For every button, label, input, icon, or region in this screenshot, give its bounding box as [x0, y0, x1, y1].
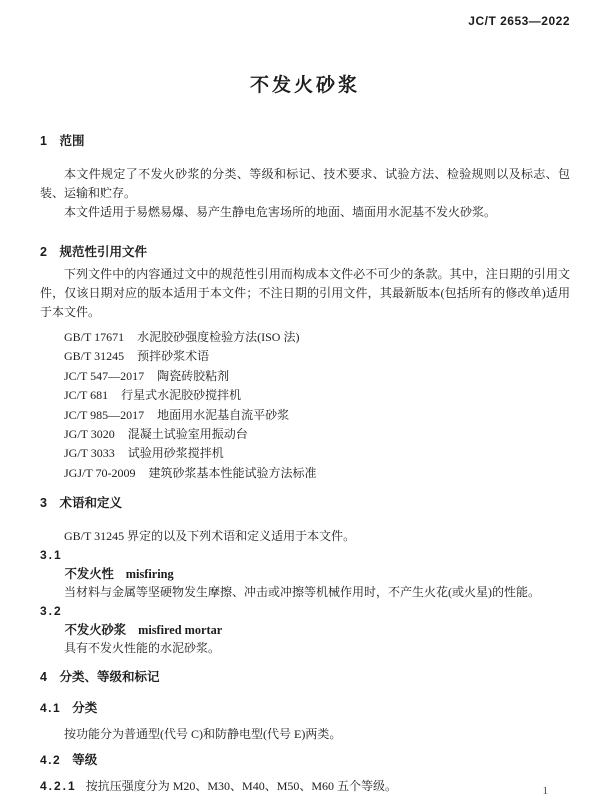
document-header: JC/T 2653—2022	[40, 13, 570, 29]
reference-code: GB/T 31245	[64, 349, 124, 363]
terms-intro: GB/T 31245 界定的以及下列术语和定义适用于本文件。	[40, 527, 570, 546]
section-4-heading: 4分类、等级和标记	[40, 669, 570, 686]
reference-title: 行星式水泥胶砂搅拌机	[121, 388, 241, 402]
clause-4-2-1-number: 4.2.1	[40, 779, 77, 793]
references-intro: 下列文件中的内容通过文中的规范性引用而构成本文件必不可少的条款。其中，注日期的引…	[40, 265, 570, 322]
reference-code: JC/T 985—2017	[64, 408, 144, 422]
term-clause-number: 3.1	[40, 546, 570, 565]
section-4-2-heading: 4.2等级	[40, 752, 570, 769]
clause-4-2-1: 4.2.1按抗压强度分为 M20、M30、M40、M50、M60 五个等级。	[40, 777, 570, 796]
section-3-heading: 3术语和定义	[40, 495, 570, 512]
term-en: misfired mortar	[138, 623, 222, 637]
section-1-number: 1	[40, 134, 48, 148]
reference-code: JC/T 681	[64, 388, 108, 402]
term-zh: 不发火砂浆	[65, 623, 127, 637]
term-entry: 3.1 不发火性misfiring 当材料与金属等坚硬物发生摩擦、冲击或冲擦等机…	[40, 546, 570, 602]
section-2-heading: 2规范性引用文件	[40, 244, 570, 261]
reference-title: 建筑砂浆基本性能试验方法标准	[148, 466, 316, 480]
reference-item: GB/T 31245预拌砂浆术语	[40, 347, 570, 366]
reference-title: 试验用砂浆搅拌机	[128, 446, 224, 460]
reference-item: JC/T 547—2017陶瓷砖胶粘剂	[40, 367, 570, 386]
reference-item: GB/T 17671水泥胶砂强度检验方法(ISO 法)	[40, 328, 570, 347]
reference-title: 混凝土试验室用振动台	[128, 427, 248, 441]
term-entry: 3.2 不发火砂浆misfired mortar 具有不发火性能的水泥砂浆。	[40, 602, 570, 658]
references-list: GB/T 17671水泥胶砂强度检验方法(ISO 法) GB/T 31245预拌…	[40, 328, 570, 483]
section-4-1-title: 分类	[72, 701, 97, 715]
doc-number: JC/T 2653—2022	[468, 14, 570, 28]
section-1-title: 范围	[59, 134, 84, 148]
reference-code: JG/T 3033	[64, 446, 115, 460]
section-4-2-title: 等级	[72, 753, 97, 767]
classification-paragraph: 按功能分为普通型(代号 C)和防静电型(代号 E)两类。	[40, 725, 570, 744]
reference-code: JG/T 3020	[64, 427, 115, 441]
section-2-title: 规范性引用文件	[59, 245, 147, 259]
term-en: misfiring	[126, 567, 174, 581]
reference-title: 陶瓷砖胶粘剂	[157, 369, 229, 383]
reference-item: JGJ/T 70-2009建筑砂浆基本性能试验方法标准	[40, 464, 570, 483]
reference-code: JC/T 547—2017	[64, 369, 144, 383]
section-2-number: 2	[40, 245, 48, 259]
term-zh: 不发火性	[65, 567, 114, 581]
reference-item: JC/T 681行星式水泥胶砂搅拌机	[40, 386, 570, 405]
reference-item: JG/T 3020混凝土试验室用振动台	[40, 425, 570, 444]
section-3-number: 3	[40, 496, 48, 510]
section-4-title: 分类、等级和标记	[59, 670, 159, 684]
section-4-1-heading: 4.1分类	[40, 700, 570, 717]
term-definition: 当材料与金属等坚硬物发生摩擦、冲击或冲擦等机械作用时，不产生火花(或火星)的性能…	[40, 583, 570, 602]
clause-4-2-1-text: 按抗压强度分为 M20、M30、M40、M50、M60 五个等级。	[86, 779, 397, 793]
reference-item: JC/T 985—2017地面用水泥基自流平砂浆	[40, 406, 570, 425]
document-title: 不发火砂浆	[40, 73, 570, 99]
section-1-heading: 1范围	[40, 133, 570, 150]
reference-title: 地面用水泥基自流平砂浆	[157, 408, 289, 422]
term-clause-number: 3.2	[40, 602, 570, 621]
term-name: 不发火砂浆misfired mortar	[40, 621, 570, 640]
section-4-2-number: 4.2	[40, 753, 61, 767]
term-definition: 具有不发火性能的水泥砂浆。	[40, 639, 570, 658]
section-4-1-number: 4.1	[40, 701, 61, 715]
reference-code: JGJ/T 70-2009	[64, 466, 135, 480]
reference-title: 预拌砂浆术语	[137, 349, 209, 363]
reference-code: GB/T 17671	[64, 330, 124, 344]
section-3-title: 术语和定义	[59, 496, 122, 510]
reference-title: 水泥胶砂强度检验方法(ISO 法)	[137, 330, 299, 344]
document-page: JC/T 2653—2022 不发火砂浆 1范围 本文件规定了不发火砂浆的分类、…	[0, 0, 600, 800]
reference-item: JG/T 3033试验用砂浆搅拌机	[40, 444, 570, 463]
page-number: 1	[543, 785, 549, 797]
term-name: 不发火性misfiring	[40, 565, 570, 584]
scope-paragraph-1: 本文件规定了不发火砂浆的分类、等级和标记、技术要求、试验方法、检验规则以及标志、…	[40, 165, 570, 203]
section-4-number: 4	[40, 670, 48, 684]
scope-paragraph-2: 本文件适用于易燃易爆、易产生静电危害场所的地面、墙面用水泥基不发火砂浆。	[40, 203, 570, 222]
